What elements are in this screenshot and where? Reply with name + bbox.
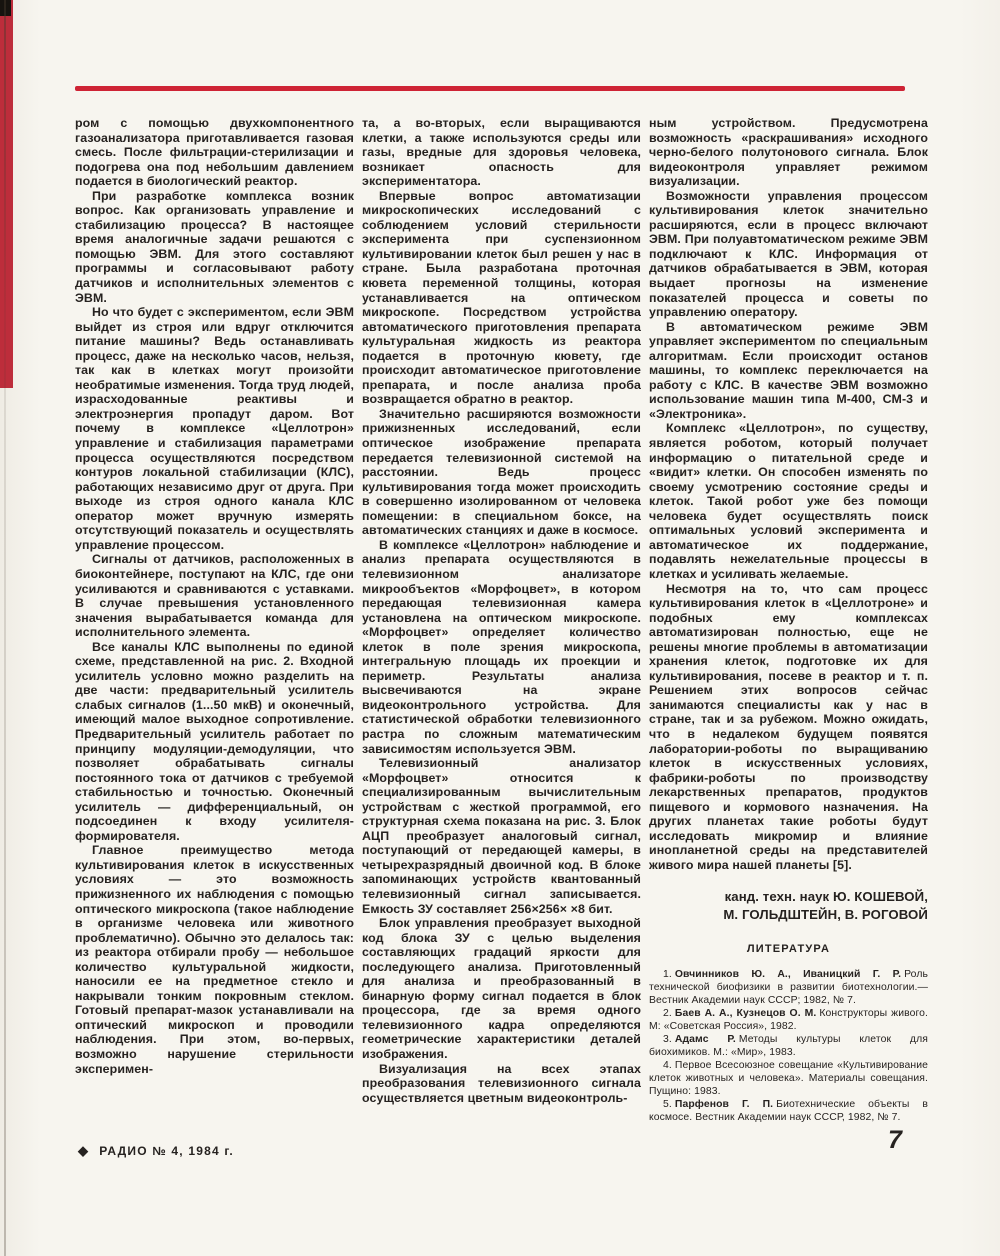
reference-authors: Баев А. А., Кузнецов О. М. bbox=[675, 1008, 816, 1019]
paragraph: Все каналы КЛС выполнены по единой схеме… bbox=[75, 640, 354, 844]
paragraph: Возможности управления процессом культив… bbox=[649, 189, 928, 320]
paragraph: Телевизионный анализатор «Морфоцвет» отн… bbox=[362, 756, 641, 916]
reference-number: 5. bbox=[663, 1099, 672, 1110]
red-edge-stripe bbox=[0, 0, 13, 388]
reference-item: 4.Первое Всесоюзное совещание «Культивир… bbox=[649, 1059, 928, 1098]
reference-item: 2.Баев А. А., Кузнецов О. М.Конструкторы… bbox=[649, 1007, 928, 1033]
column-2: та, а во-вторых, если выращиваются клетк… bbox=[362, 116, 641, 1124]
paragraph: Визуализация на всех этапах преобразован… bbox=[362, 1062, 641, 1106]
column-1: ром с помощью двухкомпонентного газоанал… bbox=[75, 116, 354, 1124]
footer-journal-line: ◆РАДИО № 4, 1984 г. bbox=[78, 1143, 234, 1159]
paragraph: ром с помощью двухкомпонентного газоанал… bbox=[75, 116, 354, 189]
reference-item: 3.Адамс Р.Методы культуры клеток для био… bbox=[649, 1033, 928, 1059]
article-body: ром с помощью двухкомпонентного газоанал… bbox=[75, 116, 928, 1124]
reference-number: 4. bbox=[663, 1060, 672, 1071]
reference-text: Первое Всесоюзное совещание «Культивиров… bbox=[649, 1060, 928, 1097]
paragraph: Сигналы от датчиков, расположенных в био… bbox=[75, 552, 354, 639]
footer-journal-text: РАДИО № 4, 1984 г. bbox=[99, 1144, 234, 1158]
reference-item: 1.Овчинников Ю. А., Иваницкий Г. Р.Роль … bbox=[649, 968, 928, 1007]
paragraph: Блок управления преобразует выходной код… bbox=[362, 916, 641, 1061]
paragraph: В автоматическом режиме ЭВМ управляет эк… bbox=[649, 320, 928, 422]
reference-number: 3. bbox=[663, 1034, 672, 1045]
paragraph: та, а во-вторых, если выращиваются клетк… bbox=[362, 116, 641, 189]
column-3: ным устройством. Предусмотрена возможнос… bbox=[649, 116, 928, 1124]
literature-list: 1.Овчинников Ю. А., Иваницкий Г. Р.Роль … bbox=[649, 968, 928, 1124]
paragraph: Комплекс «Целлотрон», по существу, являе… bbox=[649, 421, 928, 581]
magazine-page: ром с помощью двухкомпонентного газоанал… bbox=[0, 0, 1000, 1256]
page-number: 7 bbox=[888, 1126, 902, 1155]
reference-authors: Овчинников Ю. А., Иваницкий Г. Р. bbox=[675, 969, 901, 980]
reference-authors: Парфенов Г. П. bbox=[675, 1099, 773, 1110]
binding-shadow bbox=[4, 0, 6, 1256]
authors-line: канд. техн. наук Ю. КОШЕВОЙ, bbox=[649, 888, 928, 906]
diamond-icon: ◆ bbox=[78, 1143, 89, 1158]
reference-number: 1. bbox=[663, 969, 672, 980]
paragraph: Несмотря на то, что сам процесс культиви… bbox=[649, 582, 928, 873]
paragraph: Значительно расширяются возможности приж… bbox=[362, 407, 641, 538]
reference-authors: Адамс Р. bbox=[675, 1034, 736, 1045]
authors-block: канд. техн. наук Ю. КОШЕВОЙ, М. ГОЛЬДШТЕ… bbox=[649, 888, 928, 924]
paragraph: ным устройством. Предусмотрена возможнос… bbox=[649, 116, 928, 189]
authors-line: М. ГОЛЬДШТЕЙН, В. РОГОВОЙ bbox=[649, 906, 928, 924]
paragraph: Впервые вопрос автоматизации микроскопич… bbox=[362, 189, 641, 407]
reference-number: 2. bbox=[663, 1008, 672, 1019]
red-top-rule bbox=[75, 86, 905, 91]
reference-item: 5.Парфенов Г. П.Биотехнические объекты в… bbox=[649, 1098, 928, 1124]
literature-title: ЛИТЕРАТУРА bbox=[649, 942, 928, 957]
paragraph: В комплексе «Целлотрон» наблюдение и ана… bbox=[362, 538, 641, 756]
paragraph: Главное преимущество метода культивирова… bbox=[75, 843, 354, 1076]
paragraph: При разработке комплекса возник вопрос. … bbox=[75, 189, 354, 305]
paragraph: Но что будет с экспериментом, если ЭВМ в… bbox=[75, 305, 354, 552]
